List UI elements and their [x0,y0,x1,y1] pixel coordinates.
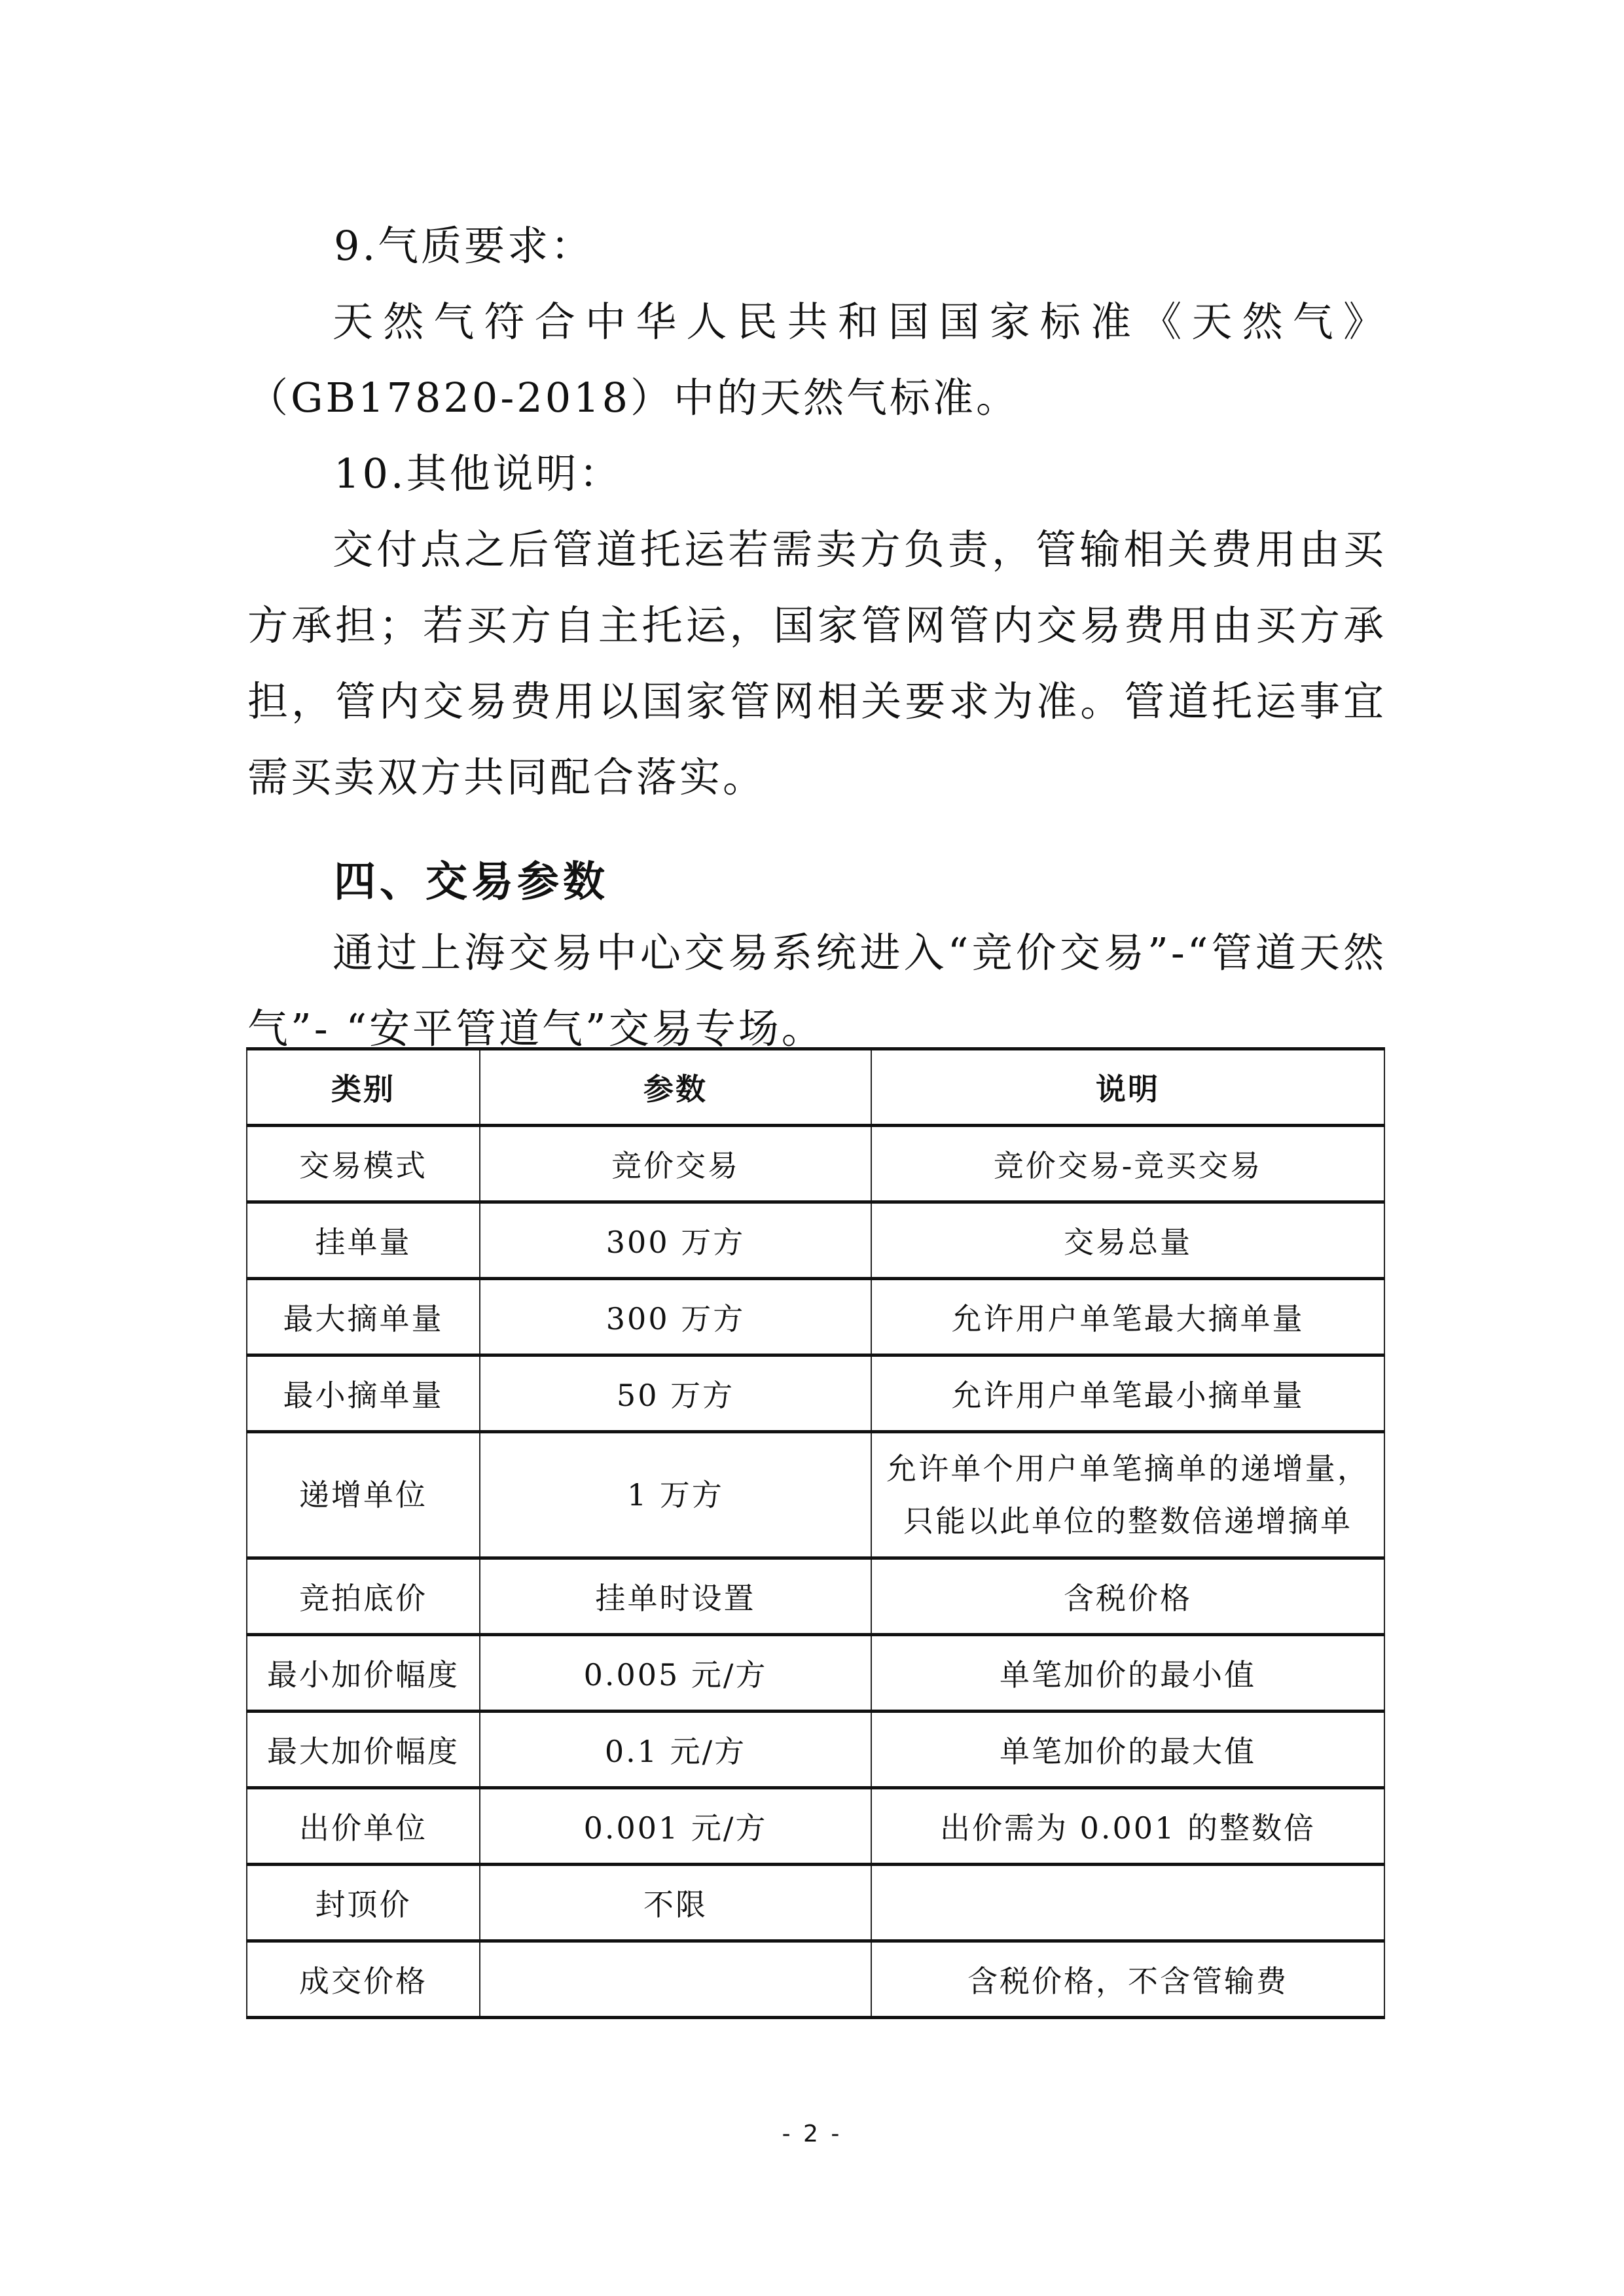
cell-description: 允许用户单笔最小摘单量 [871,1355,1384,1432]
cell-category: 最小加价幅度 [247,1635,480,1712]
section-9-heading: 9.气质要求： [334,208,594,284]
table-row: 最小加价幅度 0.005 元/方 单笔加价的最小值 [247,1635,1384,1712]
table-row: 出价单位 0.001 元/方 出价需为 0.001 的整数倍 [247,1788,1384,1865]
cell-description: 允许用户单笔最大摘单量 [871,1279,1384,1355]
cell-parameter: 300 万方 [480,1202,871,1279]
cell-category: 挂单量 [247,1202,480,1279]
cell-category: 最小摘单量 [247,1355,480,1432]
cell-category: 递增单位 [247,1432,480,1558]
cell-description: 单笔加价的最大值 [871,1712,1384,1788]
section-10-body: 交付点之后管道托运若需卖方负责，管输相关费用由买方承担；若买方自主托运，国家管网… [247,512,1386,816]
cell-category: 竞拍底价 [247,1558,480,1635]
cell-parameter: 竞价交易 [480,1126,871,1202]
cell-description: 含税价格 [871,1558,1384,1635]
table-header-row: 类别 参数 说明 [247,1049,1384,1126]
table-row: 交易模式 竞价交易 竞价交易-竞买交易 [247,1126,1384,1202]
cell-parameter: 50 万方 [480,1355,871,1432]
cell-description: 出价需为 0.001 的整数倍 [871,1788,1384,1865]
header-description: 说明 [871,1049,1384,1126]
cell-parameter: 不限 [480,1865,871,1941]
cell-description: 交易总量 [871,1202,1384,1279]
cell-parameter: 0.005 元/方 [480,1635,871,1712]
table-row: 挂单量 300 万方 交易总量 [247,1202,1384,1279]
table-row: 封顶价 不限 [247,1865,1384,1941]
cell-description [871,1865,1384,1941]
page-number: - 2 - [0,2121,1624,2147]
cell-category: 出价单位 [247,1788,480,1865]
table-row: 递增单位 1 万方 允许单个用户单笔摘单的递增量，只能以此单位的整数倍递增摘单 [247,1432,1384,1558]
cell-category: 最大摘单量 [247,1279,480,1355]
section-4-heading: 四、交易参数 [334,844,609,920]
header-parameter: 参数 [480,1049,871,1126]
cell-description: 单笔加价的最小值 [871,1635,1384,1712]
table-row: 最大摘单量 300 万方 允许用户单笔最大摘单量 [247,1279,1384,1355]
cell-parameter: 挂单时设置 [480,1558,871,1635]
section-10-heading: 10.其他说明： [334,436,623,512]
section-9-body: 天然气符合中华人民共和国国家标准《天然气》（GB17820-2018）中的天然气… [247,284,1386,436]
cell-description: 含税价格，不含管输费 [871,1941,1384,2018]
cell-description: 竞价交易-竞买交易 [871,1126,1384,1202]
section-4-intro: 通过上海交易中心交易系统进入“竞价交易”-“管道天然气”- “安平管道气”交易专… [247,915,1386,1067]
table-row: 最小摘单量 50 万方 允许用户单笔最小摘单量 [247,1355,1384,1432]
table-row: 竞拍底价 挂单时设置 含税价格 [247,1558,1384,1635]
trading-parameters-table: 类别 参数 说明 交易模式 竞价交易 竞价交易-竞买交易 挂单量 300 万方 … [246,1047,1385,2019]
header-category: 类别 [247,1049,480,1126]
cell-category: 交易模式 [247,1126,480,1202]
cell-parameter: 1 万方 [480,1432,871,1558]
cell-category: 最大加价幅度 [247,1712,480,1788]
cell-parameter: 300 万方 [480,1279,871,1355]
table-row: 最大加价幅度 0.1 元/方 单笔加价的最大值 [247,1712,1384,1788]
cell-description: 允许单个用户单笔摘单的递增量，只能以此单位的整数倍递增摘单 [871,1432,1384,1558]
document-page: 9.气质要求： 天然气符合中华人民共和国国家标准《天然气》（GB17820-20… [0,0,1624,2296]
cell-parameter: 0.001 元/方 [480,1788,871,1865]
cell-parameter [480,1941,871,2018]
table-row: 成交价格 含税价格，不含管输费 [247,1941,1384,2018]
cell-category: 封顶价 [247,1865,480,1941]
cell-category: 成交价格 [247,1941,480,2018]
cell-parameter: 0.1 元/方 [480,1712,871,1788]
